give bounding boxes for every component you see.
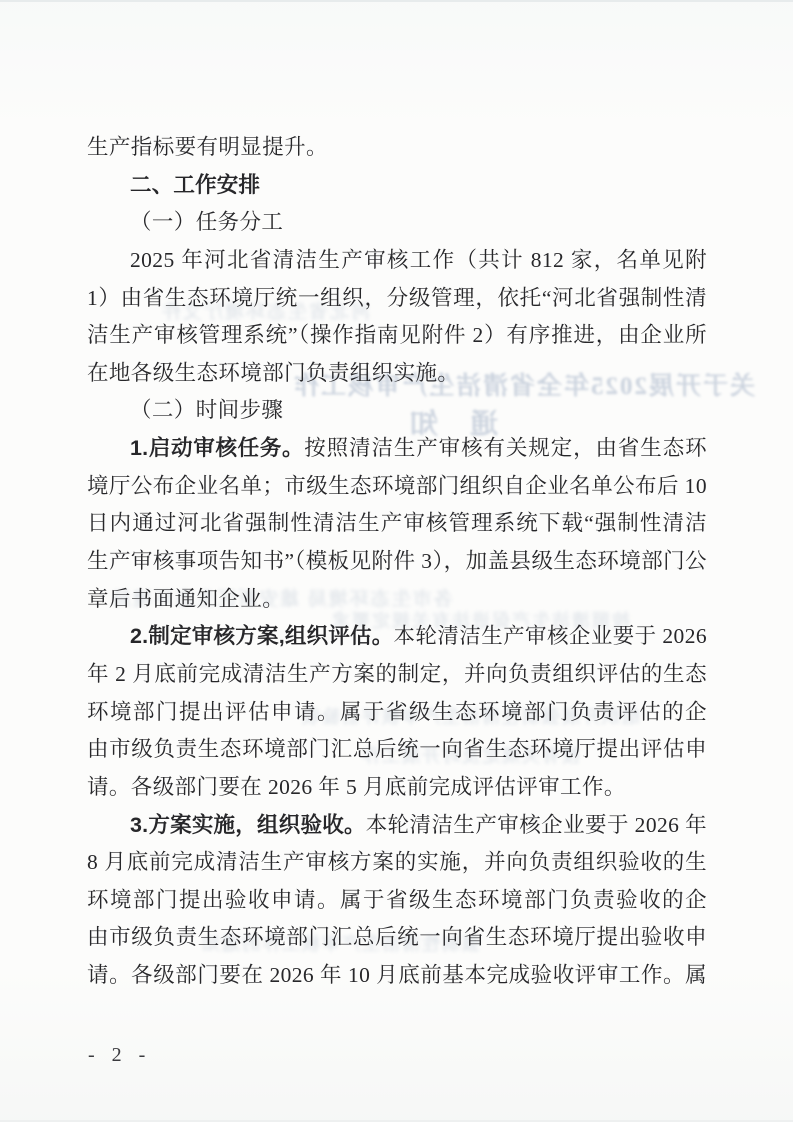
- page-number: - 2 -: [88, 1044, 151, 1067]
- bold-heading-run: 1.启动审核任务。: [130, 436, 304, 460]
- body-text-run: 在地各级生态环境部门负责组织实施。: [87, 361, 459, 385]
- text-line: 在地各级生态环境部门负责组织实施。: [87, 355, 707, 393]
- body-text-run: （二）时间步骤: [130, 398, 283, 422]
- text-line: 二、工作安排: [87, 167, 707, 205]
- text-line: 2.制定审核方案,组织评估。本轮清洁生产审核企业要于 2026: [87, 618, 707, 656]
- text-line: 生产审核事项告知书”（模板见附件 3），加盖县级生态环境部门公: [87, 543, 707, 581]
- bold-heading-run: 二、工作安排: [130, 173, 260, 197]
- text-line: 2025 年河北省清洁生产审核工作（共计 812 家，名单见附件: [87, 242, 707, 280]
- body-text-run: 洁生产审核管理系统”（操作指南见附件 2）有序推进，由企业所: [87, 323, 707, 347]
- body-text-run: 由市级负责生态环境部门汇总后统一向省生态环境厅提出验收申: [87, 925, 707, 949]
- bold-heading-run: 3.方案实施，组织验收。: [130, 813, 366, 837]
- body-text-run: 1）由省生态环境厅统一组织，分级管理，依托“河北省强制性清: [87, 286, 707, 310]
- text-line: 境厅公布企业名单；市级生态环境部门组织自企业名单公布后 10: [87, 468, 707, 506]
- body-text-run: 由市级负责生态环境部门汇总后统一向省生态环境厅提出评估申: [87, 737, 707, 761]
- body-text-run: 生产审核事项告知书”（模板见附件 3），加盖县级生态环境部门公: [87, 549, 707, 573]
- text-line: 8 月底前完成清洁生产审核方案的实施，并向负责组织验收的生态: [87, 844, 707, 882]
- text-line: 3.方案实施，组织验收。本轮清洁生产审核企业要于 2026 年: [87, 807, 707, 845]
- text-line: （一）任务分工: [87, 204, 707, 242]
- body-text-run: 2025 年河北省清洁生产审核工作（共计 812 家，名单见附件: [87, 248, 707, 280]
- text-line: 环境部门提出评估申请。属于省级生态环境部门负责评估的企业，: [87, 694, 707, 732]
- text-line: 由市级负责生态环境部门汇总后统一向省生态环境厅提出评估申: [87, 731, 707, 769]
- body-text-run: 生产指标要有明显提升。: [87, 135, 328, 159]
- text-line: 环境部门提出验收申请。属于省级生态环境部门负责验收的企业，: [87, 882, 707, 920]
- text-line: 请。各级部门要在 2026 年 5 月底前完成评估评审工作。: [87, 769, 707, 807]
- text-line: 年 2 月底前完成清洁生产方案的制定，并向负责组织评估的生态: [87, 656, 707, 694]
- text-line: 1.启动审核任务。按照清洁生产审核有关规定，由省生态环: [87, 430, 707, 468]
- body-text-run: 本轮清洁生产审核企业要于 2026: [394, 624, 707, 648]
- body-text-run: 日内通过河北省强制性清洁生产审核管理系统下载“强制性清洁: [87, 511, 707, 535]
- text-line: 日内通过河北省强制性清洁生产审核管理系统下载“强制性清洁: [87, 505, 707, 543]
- body-text-run: 按照清洁生产审核有关规定，由省生态环: [304, 436, 707, 460]
- scan-edge-top: [0, 0, 793, 2]
- bold-heading-run: 2.制定审核方案,组织评估。: [130, 624, 394, 648]
- document-body: 生产指标要有明显提升。二、工作安排（一）任务分工2025 年河北省清洁生产审核工…: [87, 129, 707, 995]
- body-text-run: 请。各级部门要在 2026 年 10 月底前基本完成验收评审工作。属: [87, 963, 707, 987]
- body-text-run: （一）任务分工: [130, 210, 283, 234]
- body-text-run: 章后书面通知企业。: [87, 587, 284, 611]
- text-line: 洁生产审核管理系统”（操作指南见附件 2）有序推进，由企业所: [87, 317, 707, 355]
- scanned-document-page: { "page": { "kind": "scanned official do…: [0, 0, 793, 1122]
- body-text-run: 境厅公布企业名单；市级生态环境部门组织自企业名单公布后 10: [87, 474, 707, 498]
- body-text-run: 环境部门提出验收申请。属于省级生态环境部门负责验收的企业，: [87, 888, 707, 920]
- text-line: 章后书面通知企业。: [87, 581, 707, 619]
- body-text-run: 8 月底前完成清洁生产审核方案的实施，并向负责组织验收的生态: [87, 850, 707, 882]
- text-line: 1）由省生态环境厅统一组织，分级管理，依托“河北省强制性清: [87, 280, 707, 318]
- text-line: （二）时间步骤: [87, 392, 707, 430]
- body-text-run: 请。各级部门要在 2026 年 5 月底前完成评估评审工作。: [87, 775, 626, 799]
- text-line: 生产指标要有明显提升。: [87, 129, 707, 167]
- body-text-run: 本轮清洁生产审核企业要于 2026 年: [366, 813, 707, 837]
- text-line: 由市级负责生态环境部门汇总后统一向省生态环境厅提出验收申: [87, 919, 707, 957]
- body-text-run: 环境部门提出评估申请。属于省级生态环境部门负责评估的企业，: [87, 700, 707, 732]
- text-line: 请。各级部门要在 2026 年 10 月底前基本完成验收评审工作。属: [87, 957, 707, 995]
- body-text-run: 年 2 月底前完成清洁生产方案的制定，并向负责组织评估的生态: [87, 662, 707, 686]
